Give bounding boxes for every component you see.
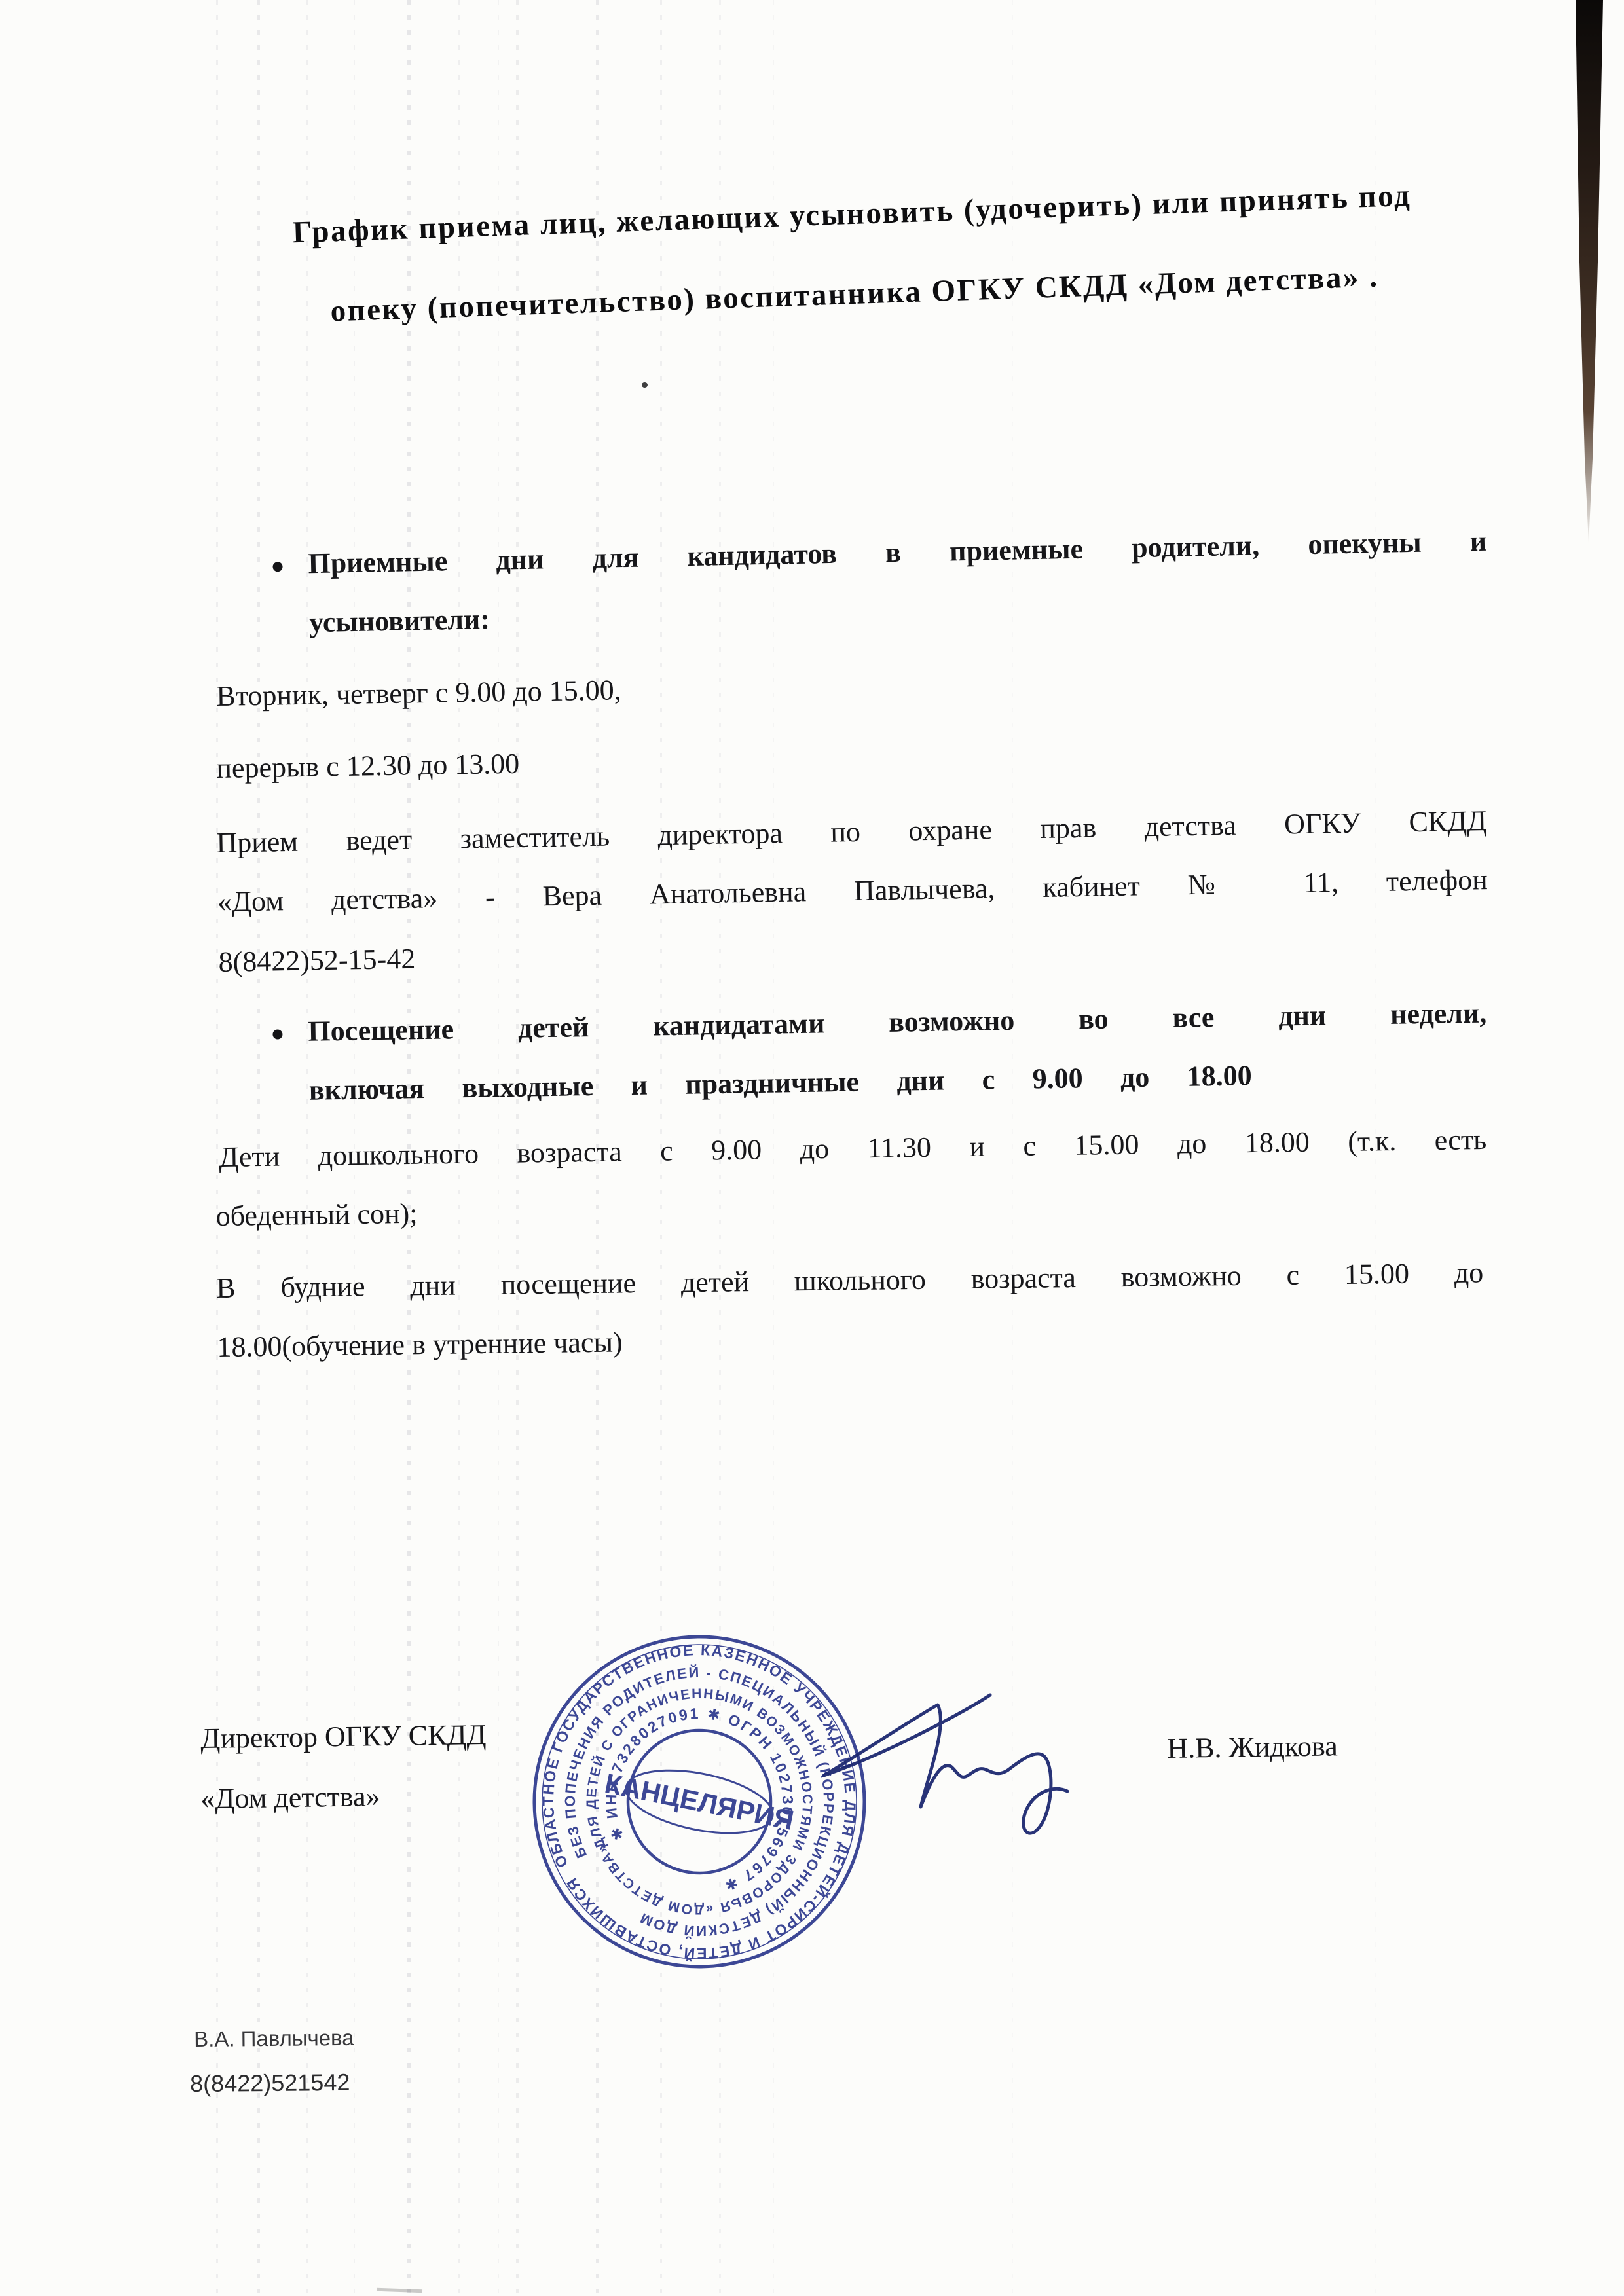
bullet1-line1: Приемные дни для кандидатов в приемные р… bbox=[308, 524, 1487, 581]
scan-streak bbox=[216, 0, 218, 2296]
schedule-line-1: Вторник, четверг с 9.00 до 15.00, bbox=[216, 673, 621, 713]
bullet-dot-icon bbox=[272, 562, 282, 572]
contact-line-3: 8(8422)52-15-42 bbox=[218, 942, 415, 979]
preschool-line-1: Дети дошкольного возраста с 9.00 до 11.3… bbox=[219, 1123, 1487, 1174]
bullet1-line2: усыновители: bbox=[309, 602, 490, 639]
director-title-line2: «Дом детства» bbox=[200, 1779, 380, 1815]
signatory-name: Н.В. Жидкова bbox=[1167, 1729, 1338, 1765]
bullet2-line2: включая выходные и праздничные дни с 9.0… bbox=[308, 1059, 1252, 1107]
scanned-document-page: График приема лиц, желающих усыновить (у… bbox=[0, 0, 1624, 2296]
bullet-list-item-2: Посещение детей кандидатами возможно во … bbox=[216, 996, 1486, 1016]
contact-paragraph: Прием ведет заместитель директора по охр… bbox=[216, 804, 1486, 826]
preschool-paragraph: Дети дошкольного возраста с 9.00 до 11.3… bbox=[219, 1123, 1486, 1140]
footer-contact-name: В.А. Павлычева bbox=[194, 2026, 354, 2052]
stray-ink-dot bbox=[642, 382, 648, 388]
schedule-line-2: перерыв с 12.30 до 13.00 bbox=[216, 747, 520, 785]
signature-stroke bbox=[824, 1695, 1067, 1833]
bullet-dot-icon bbox=[272, 1029, 282, 1039]
footer-contact-phone: 8(8422)521542 bbox=[190, 2069, 350, 2098]
school-paragraph: В будние дни посещение детей школьного в… bbox=[216, 1256, 1483, 1271]
title-line-2: опеку (попечительство) воспитанника ОГКУ… bbox=[213, 255, 1497, 333]
preschool-line-2: обеденный сон); bbox=[215, 1197, 418, 1233]
bullet2-line1: Посещение детей кандидатами возможно во … bbox=[308, 996, 1487, 1048]
director-title-line1: Директор ОГКУ СКДД bbox=[200, 1718, 487, 1755]
director-signature bbox=[786, 1663, 1100, 1872]
document-title: График приема лиц, желающих усыновить (у… bbox=[210, 175, 1493, 218]
bullet-list-item-1: Приемные дни для кандидатов в приемные р… bbox=[216, 524, 1486, 549]
title-line-1: График приема лиц, желающих усыновить (у… bbox=[210, 175, 1494, 253]
contact-line-1: Прием ведет заместитель директора по охр… bbox=[216, 804, 1487, 860]
contact-line-2: «Дом детства» - Вера Анатольевна Павлыче… bbox=[217, 863, 1488, 919]
scan-edge-shadow bbox=[1568, 0, 1608, 550]
school-line-1: В будние дни посещение детей школьного в… bbox=[216, 1256, 1483, 1305]
school-line-2: 18.00(обучение в утренние часы) bbox=[217, 1325, 623, 1364]
scan-bottom-mark bbox=[377, 2288, 422, 2293]
